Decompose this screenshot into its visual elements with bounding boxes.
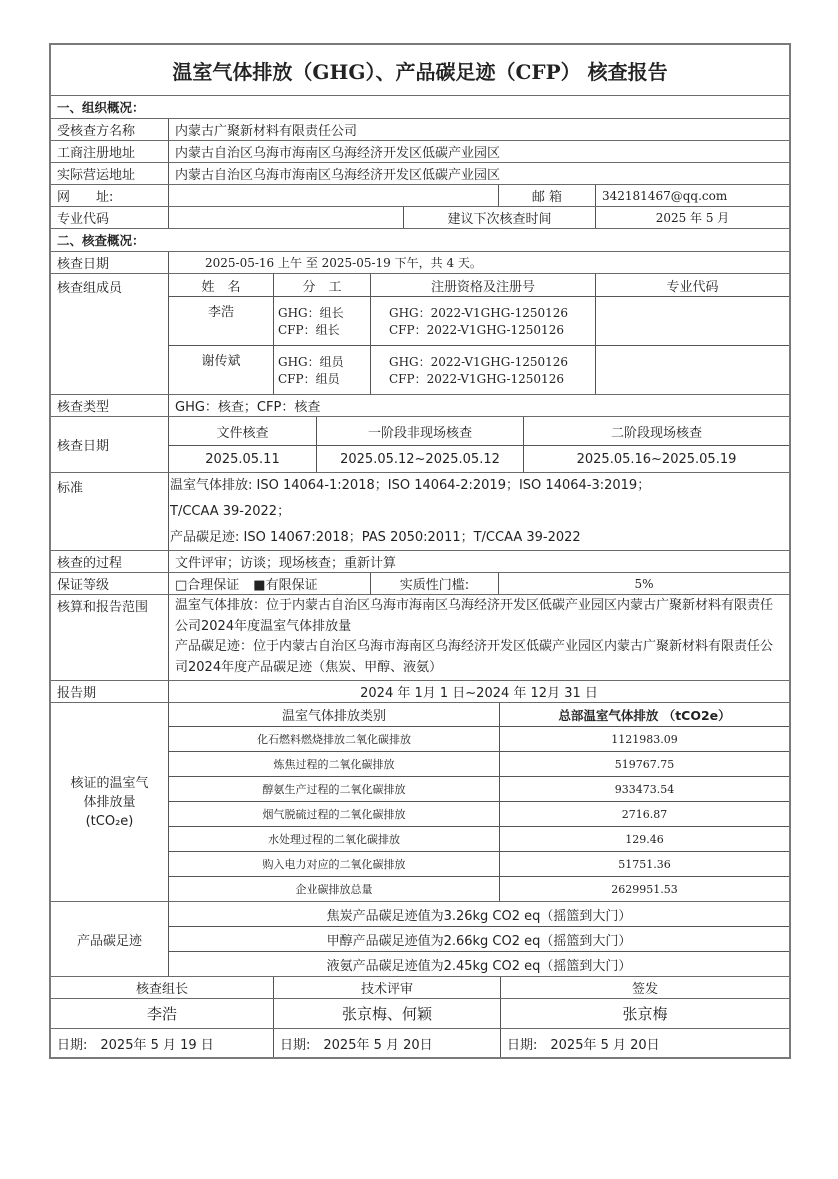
process-row: 核查的过程 文件评审；访谈；现场核查；重新计算 bbox=[51, 550, 789, 572]
scope-row: 核算和报告范围 温室气体排放：位于内蒙古自治区乌海市海南区乌海经济开发区低碳产业… bbox=[51, 594, 789, 680]
emissions-row: 烟气脱硫过程的二氧化碳排放 2716.87 bbox=[169, 801, 789, 826]
emissions-category: 企业碳排放总量 bbox=[169, 877, 499, 901]
company-row: 受核查方名称 内蒙古广聚新材料有限责任公司 bbox=[51, 118, 789, 140]
team-header-name: 姓 名 bbox=[168, 274, 273, 296]
email-label: 邮 箱 bbox=[498, 185, 595, 206]
signoff-date-row: 日期: 2025年 5 月 19 日 日期: 2025年 5 月 20日 日期:… bbox=[51, 1028, 789, 1057]
stage-name-offsite: 一阶段非现场核查 bbox=[316, 417, 523, 445]
email-value: 342181467@qq.com bbox=[595, 185, 789, 206]
member-role-ghg: GHG：组长 bbox=[278, 304, 344, 321]
emissions-value: 2629951.53 bbox=[499, 877, 789, 901]
member-role-cfp: CFP：组长 bbox=[278, 321, 340, 338]
materiality-value: 5% bbox=[498, 573, 789, 594]
emissions-header-category: 温室气体排放类别 bbox=[169, 703, 499, 726]
period-row: 报告期 2024 年 1月 1 日~2024 年 12月 31 日 bbox=[51, 680, 789, 702]
cfp-methanol: 甲醇产品碳足迹值为2.66kg CO2 eq（摇篮到大门） bbox=[169, 927, 789, 951]
signoff-header-row: 核查组长 技术评审 签发 bbox=[51, 976, 789, 998]
process-label: 核查的过程 bbox=[51, 551, 168, 572]
materiality-label: 实质性门槛: bbox=[370, 573, 498, 594]
op-address-value: 内蒙古自治区乌海市海南区乌海经济开发区低碳产业园区 bbox=[168, 163, 789, 184]
stage-date-offsite: 2025.05.12~2025.05.12 bbox=[316, 446, 523, 472]
emissions-category: 水处理过程的二氧化碳排放 bbox=[169, 827, 499, 851]
member-reg-cfp: CFP：2022-V1GHG-1250126 bbox=[389, 321, 564, 338]
emissions-label-2: 体排放量 bbox=[83, 793, 135, 812]
signoff-name-row: 李浩 张京梅、何颖 张京梅 bbox=[51, 998, 789, 1028]
emissions-category: 炼焦过程的二氧化碳排放 bbox=[169, 752, 499, 776]
section-org-heading: 一、组织概况： bbox=[51, 96, 789, 118]
signoff-issue-name: 张京梅 bbox=[500, 999, 789, 1028]
cfp-coke: 焦炭产品碳足迹值为3.26kg CO2 eq（摇篮到大门） bbox=[169, 902, 789, 926]
period-label: 报告期 bbox=[51, 681, 168, 702]
stage-label: 核查日期 bbox=[51, 417, 168, 472]
verification-report: 温室气体排放（GHG）、产品碳足迹（CFP） 核查报告 一、组织概况： 受核查方… bbox=[49, 43, 791, 1059]
emissions-value: 519767.75 bbox=[499, 752, 789, 776]
standards-label: 标准 bbox=[51, 473, 168, 550]
scope-ghg: 温室气体排放：位于内蒙古自治区乌海市海南区乌海经济开发区低碳产业园区内蒙古广聚新… bbox=[175, 596, 783, 637]
website-value bbox=[168, 185, 498, 206]
report-title: 温室气体排放（GHG）、产品碳足迹（CFP） 核查报告 bbox=[51, 45, 789, 95]
standards-row: 标准 温室气体排放: ISO 14064-1:2018；ISO 14064-2:… bbox=[51, 472, 789, 550]
emissions-value: 2716.87 bbox=[499, 802, 789, 826]
emissions-value: 129.46 bbox=[499, 827, 789, 851]
company-value: 内蒙古广聚新材料有限责任公司 bbox=[168, 119, 789, 140]
cfp-ammonia: 液氨产品碳足迹值为2.45kg CO2 eq（摇篮到大门） bbox=[169, 952, 789, 976]
op-address-label: 实际营运地址 bbox=[51, 163, 168, 184]
op-address-row: 实际营运地址 内蒙古自治区乌海市海南区乌海经济开发区低碳产业园区 bbox=[51, 162, 789, 184]
website-label: 网 址: bbox=[51, 185, 168, 206]
member-role-cfp: CFP：组员 bbox=[278, 370, 340, 387]
code-label: 专业代码 bbox=[51, 207, 168, 228]
member-code bbox=[595, 346, 789, 394]
next-check-value: 2025 年 5 月 bbox=[595, 207, 789, 228]
reg-address-label: 工商注册地址 bbox=[51, 141, 168, 162]
team-label: 核查组成员 bbox=[51, 274, 168, 394]
standard-line-cfp: 产品碳足迹: ISO 14067:2018；PAS 2050:2011；T/CC… bbox=[170, 525, 581, 551]
scope-label: 核算和报告范围 bbox=[51, 595, 168, 680]
company-label: 受核查方名称 bbox=[51, 119, 168, 140]
team-header-role: 分 工 bbox=[273, 274, 370, 296]
check-date-value: 2025-05-16 上午 至 2025-05-19 下午，共 4 天。 bbox=[168, 252, 789, 273]
assurance-label: 保证等级 bbox=[51, 573, 168, 594]
member-role-ghg: GHG：组员 bbox=[278, 353, 344, 370]
member-reg-cfp: CFP：2022-V1GHG-1250126 bbox=[389, 370, 564, 387]
emissions-value: 1121983.09 bbox=[499, 727, 789, 751]
limited-assurance-checkbox: ■有限保证 bbox=[253, 574, 317, 593]
check-date-label: 核查日期 bbox=[51, 252, 168, 273]
standard-line-ghg: 温室气体排放: ISO 14064-1:2018；ISO 14064-2:201… bbox=[170, 473, 650, 499]
member-reg-ghg: GHG：2022-V1GHG-1250126 bbox=[389, 304, 568, 321]
stage-name-doc: 文件核查 bbox=[169, 417, 316, 445]
reasonable-assurance-checkbox: □合理保证 bbox=[175, 574, 239, 593]
reg-address-value: 内蒙古自治区乌海市海南区乌海经济开发区低碳产业园区 bbox=[168, 141, 789, 162]
code-value bbox=[168, 207, 403, 228]
emissions-row: 醇氨生产过程的二氧化碳排放 933473.54 bbox=[169, 776, 789, 801]
period-value: 2024 年 1月 1 日~2024 年 12月 31 日 bbox=[168, 681, 789, 702]
assurance-row: 保证等级 □合理保证 ■有限保证 实质性门槛: 5% bbox=[51, 572, 789, 594]
emissions-row: 购入电力对应的二氧化碳排放 51751.36 bbox=[169, 851, 789, 876]
member-code bbox=[595, 297, 789, 345]
emissions-total-row: 企业碳排放总量 2629951.53 bbox=[169, 876, 789, 901]
member-name: 李浩 bbox=[168, 297, 273, 345]
emissions-category: 购入电力对应的二氧化碳排放 bbox=[169, 852, 499, 876]
emissions-label-1: 核证的温室气 bbox=[70, 774, 148, 793]
stage-row: 核查日期 文件核查 一阶段非现场核查 二阶段现场核查 2025.05.11 20… bbox=[51, 416, 789, 472]
check-type-row: 核查类型 GHG：核查；CFP：核查 bbox=[51, 394, 789, 416]
signoff-leader-date: 日期: 2025年 5 月 19 日 bbox=[51, 1029, 273, 1057]
emissions-row: 水处理过程的二氧化碳排放 129.46 bbox=[169, 826, 789, 851]
team-member-row: 谢传斌 GHG：组员 CFP：组员 GHG：2022-V1GHG-1250126… bbox=[168, 345, 789, 394]
process-value: 文件评审；访谈；现场核查；重新计算 bbox=[168, 551, 789, 572]
check-type-value: GHG：核查；CFP：核查 bbox=[168, 395, 789, 416]
stage-name-onsite: 二阶段现场核查 bbox=[523, 417, 789, 445]
member-reg-ghg: GHG：2022-V1GHG-1250126 bbox=[389, 353, 568, 370]
signoff-issue-date: 日期: 2025年 5 月 20日 bbox=[500, 1029, 789, 1057]
team-header-code: 专业代码 bbox=[595, 274, 789, 296]
signoff-review-date: 日期: 2025年 5 月 20日 bbox=[273, 1029, 500, 1057]
emissions-table: 核证的温室气 体排放量 (tCO₂e) 温室气体排放类别 总部温室气体排放 （t… bbox=[51, 702, 789, 901]
emissions-category: 化石燃料燃烧排放二氧化碳排放 bbox=[169, 727, 499, 751]
scope-cfp: 产品碳足迹：位于内蒙古自治区乌海市海南区乌海经济开发区低碳产业园区内蒙古广聚新材… bbox=[175, 637, 783, 678]
emissions-category: 烟气脱硫过程的二氧化碳排放 bbox=[169, 802, 499, 826]
team-header-reg: 注册资格及注册号 bbox=[370, 274, 595, 296]
emissions-value: 933473.54 bbox=[499, 777, 789, 801]
standard-line-ccaa: T/CCAA 39-2022； bbox=[170, 499, 290, 525]
cfp-label: 产品碳足迹 bbox=[51, 902, 168, 976]
signoff-review-name: 张京梅、何颖 bbox=[273, 999, 500, 1028]
cfp-table: 产品碳足迹 焦炭产品碳足迹值为3.26kg CO2 eq（摇篮到大门） 甲醇产品… bbox=[51, 901, 789, 976]
team-row: 核查组成员 姓 名 分 工 注册资格及注册号 专业代码 李浩 GHG：组长 CF… bbox=[51, 273, 789, 394]
check-date-row: 核查日期 2025-05-16 上午 至 2025-05-19 下午，共 4 天… bbox=[51, 251, 789, 273]
signoff-leader-name: 李浩 bbox=[51, 999, 273, 1028]
stage-date-onsite: 2025.05.16~2025.05.19 bbox=[523, 446, 789, 472]
signoff-header-review: 技术评审 bbox=[273, 977, 500, 998]
emissions-row: 化石燃料燃烧排放二氧化碳排放 1121983.09 bbox=[169, 726, 789, 751]
website-row: 网 址: 邮 箱 342181467@qq.com bbox=[51, 184, 789, 206]
stage-date-doc: 2025.05.11 bbox=[169, 446, 316, 472]
emissions-row: 炼焦过程的二氧化碳排放 519767.75 bbox=[169, 751, 789, 776]
emissions-label-3: (tCO₂e) bbox=[86, 812, 134, 831]
next-check-label: 建议下次核查时间 bbox=[403, 207, 595, 228]
emissions-value: 51751.36 bbox=[499, 852, 789, 876]
member-name: 谢传斌 bbox=[168, 346, 273, 394]
check-type-label: 核查类型 bbox=[51, 395, 168, 416]
reg-address-row: 工商注册地址 内蒙古自治区乌海市海南区乌海经济开发区低碳产业园区 bbox=[51, 140, 789, 162]
section-check-heading: 二、核查概况： bbox=[51, 229, 789, 251]
emissions-header-value: 总部温室气体排放 （tCO2e） bbox=[499, 703, 789, 726]
signoff-header-leader: 核查组长 bbox=[51, 977, 273, 998]
code-row: 专业代码 建议下次核查时间 2025 年 5 月 bbox=[51, 206, 789, 228]
emissions-category: 醇氨生产过程的二氧化碳排放 bbox=[169, 777, 499, 801]
signoff-header-issue: 签发 bbox=[500, 977, 789, 998]
team-member-row: 李浩 GHG：组长 CFP：组长 GHG：2022-V1GHG-1250126 … bbox=[168, 296, 789, 345]
